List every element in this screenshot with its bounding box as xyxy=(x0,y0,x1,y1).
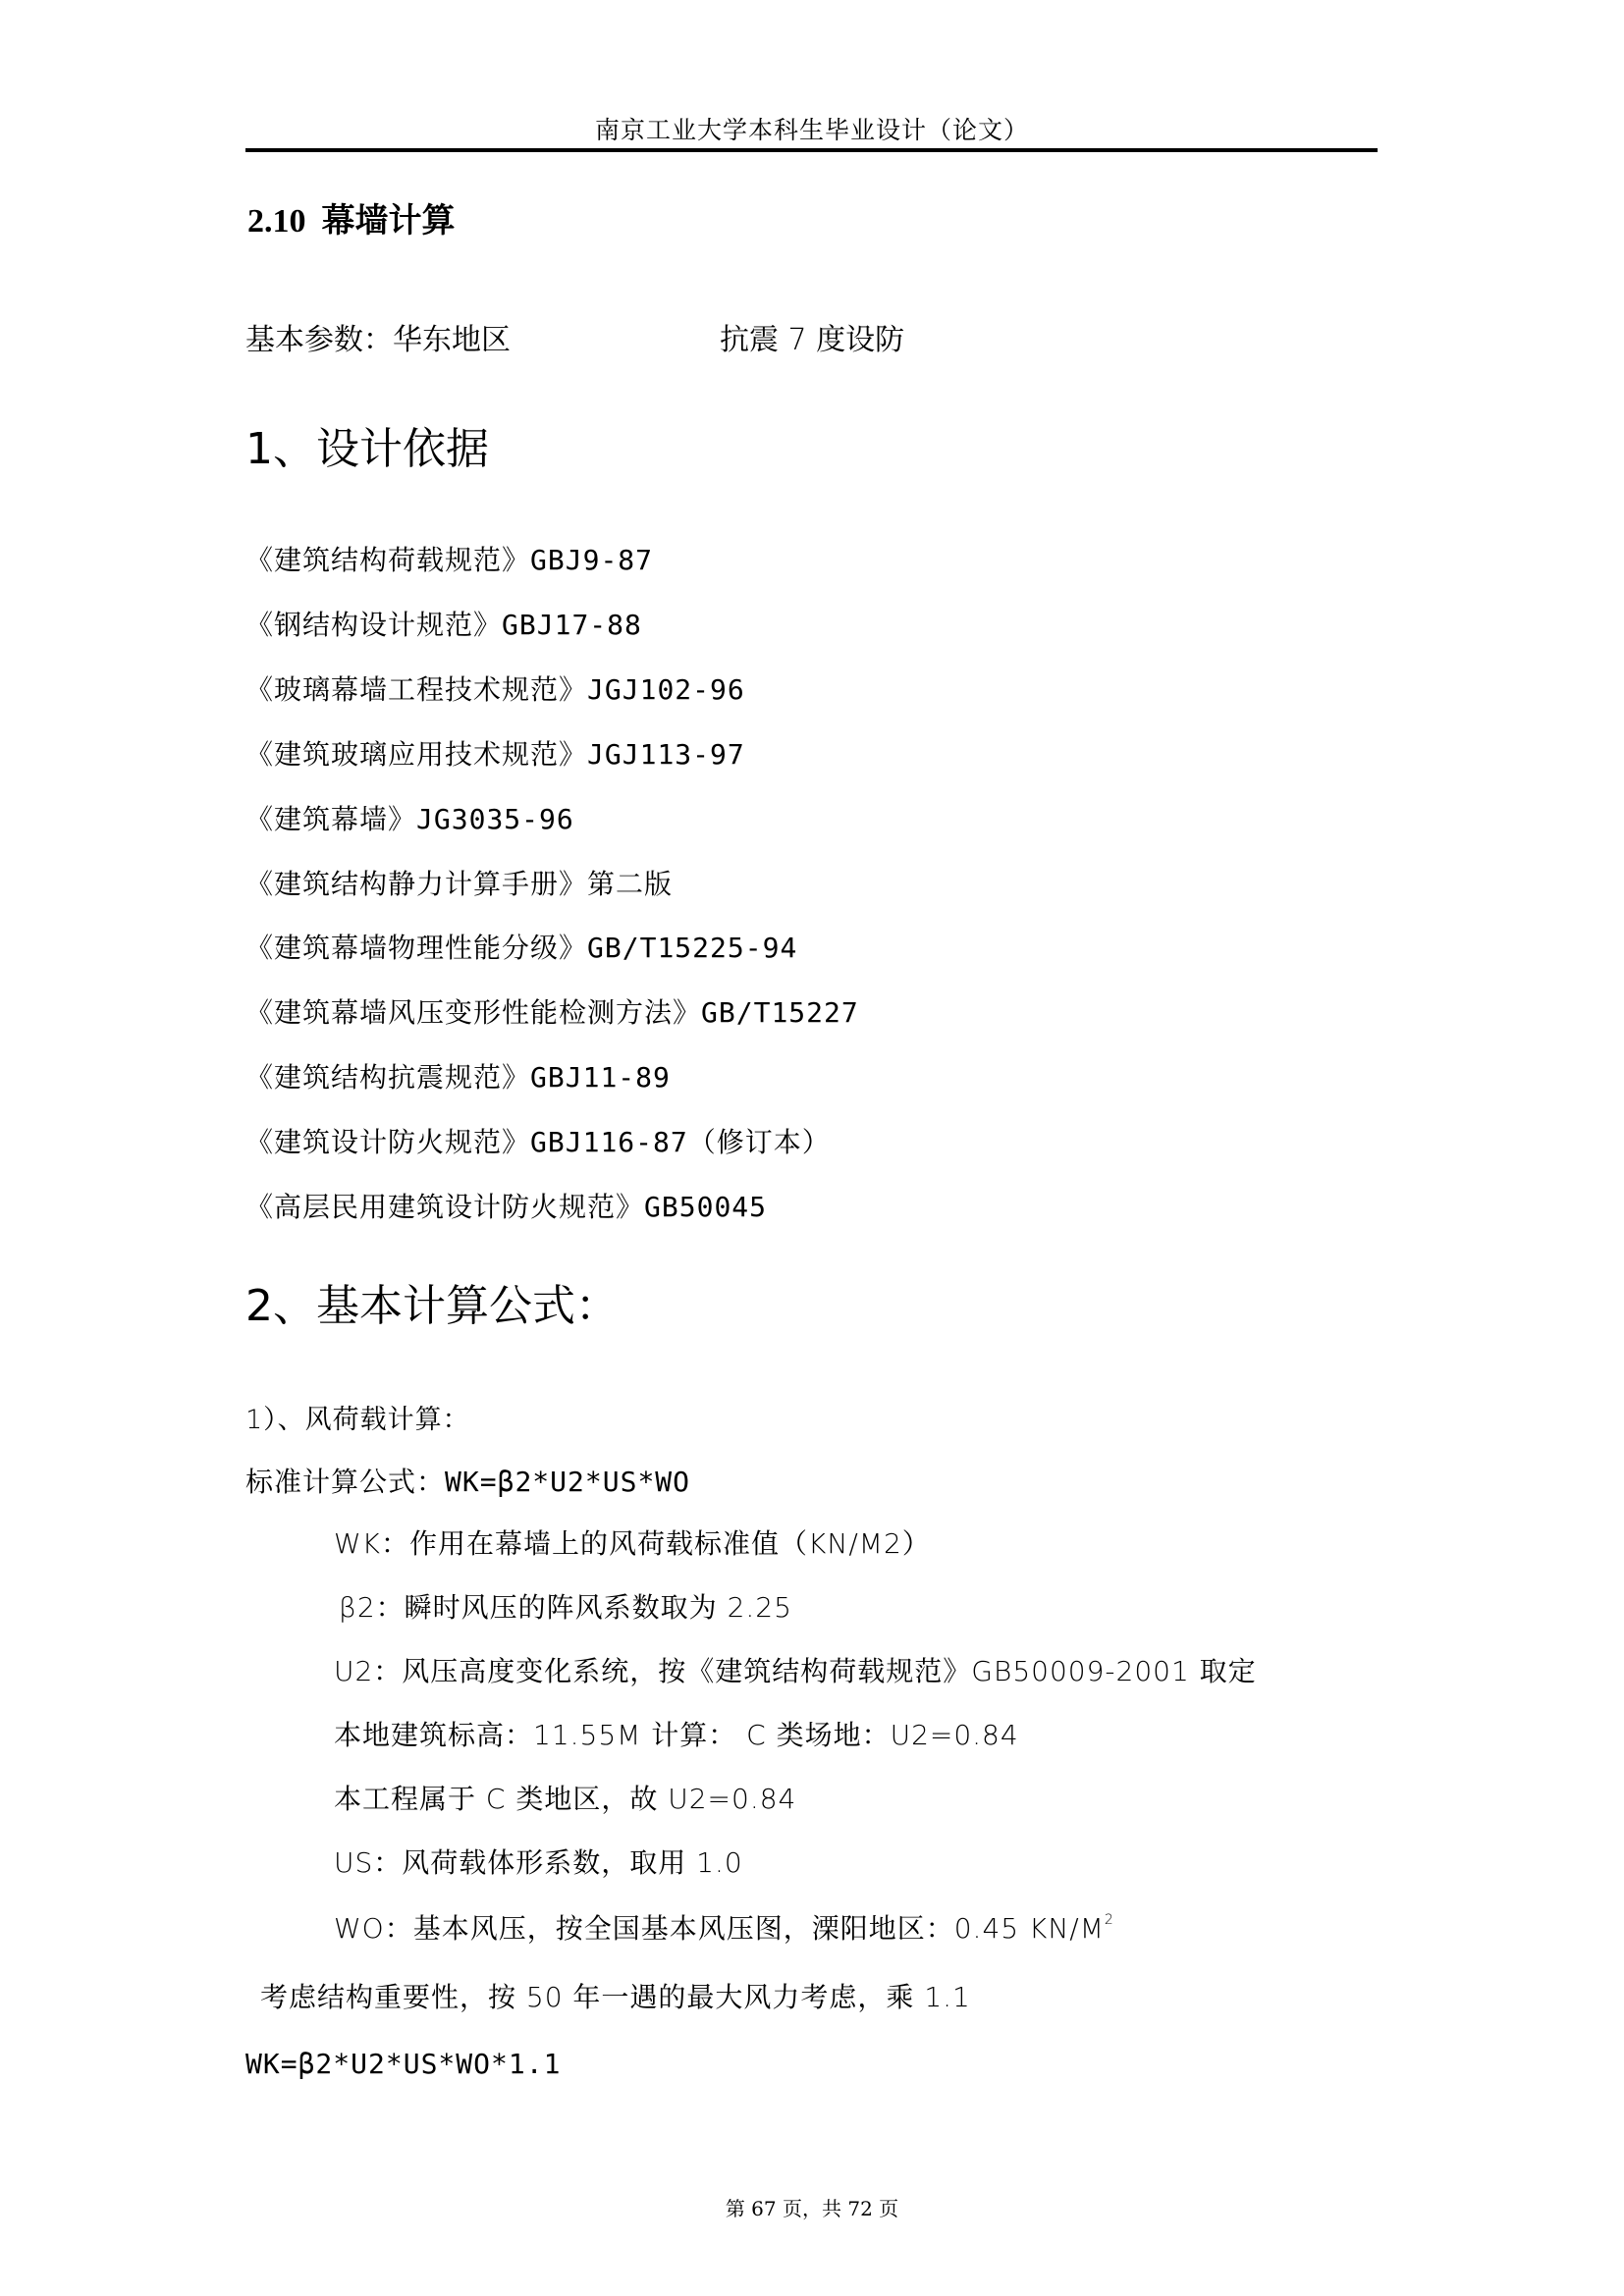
final-formula: WK=β2*U2*US*WO*1.1 xyxy=(245,2051,561,2078)
reference-item: 《建筑幕墙》JG3035-96 xyxy=(245,806,574,833)
reference-title: 《建筑幕墙物理性能分级》 xyxy=(245,932,587,964)
basic-params-label: 基本参数：华东地区 xyxy=(245,326,511,355)
reference-item: 《建筑设计防火规范》GBJ116-87（修订本） xyxy=(245,1129,831,1156)
standard-formula: WK=β2*U2*US*WO xyxy=(445,1466,690,1498)
heading-design-basis: 1、设计依据 xyxy=(245,428,489,471)
reference-title: 《建筑结构荷载规范》 xyxy=(245,544,530,576)
reference-code: GBJ9-87 xyxy=(530,544,653,576)
reference-item: 《高层民用建筑设计防火规范》GB50045 xyxy=(245,1194,767,1221)
reference-item: 《建筑幕墙风压变形性能检测方法》GB/T15227 xyxy=(245,999,859,1027)
definition-wo: WO：基本风压，按全国基本风压图，溧阳地区：0.45 KN/M2 xyxy=(334,1913,1114,1943)
definition-wk: WK：作用在幕墙上的风荷载标准值（KN/M2） xyxy=(334,1530,931,1558)
standard-formula-line: 标准计算公式：WK=β2*U2*US*WO xyxy=(245,1468,690,1496)
reference-title: 《高层民用建筑设计防火规范》 xyxy=(245,1191,644,1223)
running-header: 南京工业大学本科生毕业设计（论文） xyxy=(0,118,1624,142)
definition-us: US：风荷载体形系数，取用 1.0 xyxy=(334,1849,743,1877)
reference-code: JGJ113-97 xyxy=(587,738,745,771)
definition-wo-text: WO：基本风压，按全国基本风压图，溧阳地区：0.45 KN/M xyxy=(334,1912,1105,1945)
reference-code: GB50045 xyxy=(644,1191,767,1223)
definition-u2: U2：风压高度变化系统，按《建筑结构荷载规范》GB50009-2001 取定 xyxy=(334,1658,1257,1685)
reference-item: 《玻璃幕墙工程技术规范》JGJ102-96 xyxy=(245,676,745,704)
reference-item: 《钢结构设计规范》GBJ17-88 xyxy=(245,612,642,639)
reference-item: 《建筑幕墙物理性能分级》GB/T15225-94 xyxy=(245,934,797,962)
subheading-wind-load: 1）、风荷载计算： xyxy=(245,1407,470,1433)
reference-title: 《建筑幕墙》 xyxy=(245,803,416,835)
reference-code: 第二版 xyxy=(587,868,673,900)
standard-formula-label: 标准计算公式： xyxy=(245,1466,445,1498)
section-number: 2.10 xyxy=(247,203,306,240)
reference-item: 《建筑结构荷载规范》GBJ9-87 xyxy=(245,547,653,574)
reference-item: 《建筑结构静力计算手册》第二版 xyxy=(245,871,673,898)
reference-item: 《建筑结构抗震规范》GBJ11-89 xyxy=(245,1064,671,1092)
seismic-level: 抗震 7 度设防 xyxy=(720,326,904,355)
reference-title: 《建筑玻璃应用技术规范》 xyxy=(245,738,587,771)
section-title-text: 幕墙计算 xyxy=(322,203,456,240)
header-rule xyxy=(245,148,1378,152)
definition-elevation: 本地建筑标高：11.55M 计算： C 类场地：U2=0.84 xyxy=(334,1722,1019,1749)
reference-title: 《建筑幕墙风压变形性能检测方法》 xyxy=(245,996,701,1029)
reference-code: JG3035-96 xyxy=(416,803,574,835)
reference-title: 《建筑结构静力计算手册》 xyxy=(245,868,587,900)
importance-note: 考虑结构重要性，按 50 年一遇的最大风力考虑，乘 1.1 xyxy=(260,1984,971,2011)
definition-terrain: 本工程属于 C 类地区，故 U2=0.84 xyxy=(334,1786,796,1813)
reference-code: JGJ102-96 xyxy=(587,673,745,706)
reference-title: 《玻璃幕墙工程技术规范》 xyxy=(245,673,587,706)
reference-title: 《建筑设计防火规范》 xyxy=(245,1126,530,1158)
definition-beta2: β2：瞬时风压的阵风系数取为 2.25 xyxy=(339,1594,792,1622)
heading-basic-formulas: 2、基本计算公式： xyxy=(245,1285,619,1328)
reference-code: GB/T15227 xyxy=(701,996,859,1029)
section-title: 2.10幕墙计算 xyxy=(247,205,456,239)
reference-code: GBJ11-89 xyxy=(530,1061,671,1094)
reference-title: 《建筑结构抗震规范》 xyxy=(245,1061,530,1094)
reference-code: GBJ116-87（修订本） xyxy=(530,1126,831,1158)
reference-item: 《建筑玻璃应用技术规范》JGJ113-97 xyxy=(245,741,745,769)
reference-title: 《钢结构设计规范》 xyxy=(245,609,502,641)
reference-code: GBJ17-88 xyxy=(502,609,642,641)
superscript: 2 xyxy=(1105,1912,1114,1928)
page-footer: 第 67 页，共 72 页 xyxy=(0,2199,1624,2218)
reference-code: GB/T15225-94 xyxy=(587,932,797,964)
